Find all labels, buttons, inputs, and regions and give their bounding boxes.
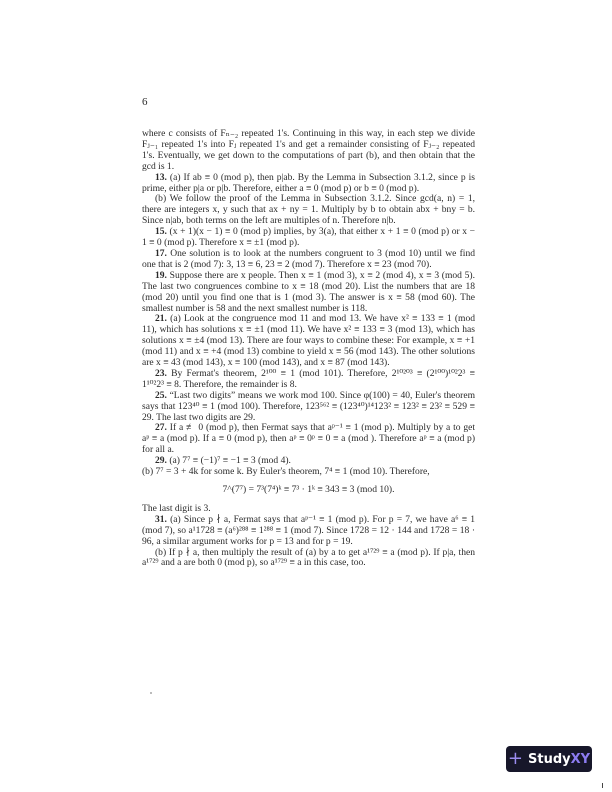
- plus-icon: +: [508, 750, 523, 768]
- solutions-text: where c consists of Fₙ₋₂ repeated 1's. C…: [142, 129, 475, 569]
- display-equation: 7^(7⁷) = 7³(7⁴)ᵏ ≡ 7³ · 1ᵏ ≡ 343 ≡ 3 (mo…: [142, 485, 475, 496]
- solution-13b: (b) We follow the proof of the Lemma in …: [142, 194, 475, 227]
- solution-29b: (b) 7⁷ = 3 + 4k for some k. By Euler's t…: [142, 467, 475, 478]
- solution-31b: (b) If p ∤ a, then multiply the result o…: [142, 548, 475, 570]
- brand-name: StudyXY: [528, 752, 590, 767]
- solution-27: 27. If a ≢ 0 (mod p), then Fermat says t…: [142, 423, 475, 456]
- solution-15: 15. (x + 1)(x − 1) ≡ 0 (mod p) implies, …: [142, 227, 475, 249]
- solution-25: 25. “Last two digits” means we work mod …: [142, 391, 475, 424]
- paragraph-continuation: where c consists of Fₙ₋₂ repeated 1's. C…: [142, 129, 475, 173]
- page-number: 6: [142, 96, 148, 108]
- solution-19: 19. Suppose there are x people. Then x ≡…: [142, 271, 475, 315]
- solution-23: 23. By Fermat's theorem, 2¹⁰⁰ ≡ 1 (mod 1…: [142, 369, 475, 391]
- solution-21: 21. (a) Look at the congruence mod 11 an…: [142, 314, 475, 369]
- scan-speck: [150, 692, 152, 694]
- corner-mark: [602, 783, 603, 788]
- studyxy-watermark[interactable]: + StudyXY: [506, 746, 592, 772]
- solution-31a: 31. (a) Since p ∤ a, Fermat says that aᵖ…: [142, 515, 475, 548]
- solution-17: 17. One solution is to look at the numbe…: [142, 249, 475, 271]
- solution-13a: 13. (a) If ab ≡ 0 (mod p), then p|ab. By…: [142, 173, 475, 195]
